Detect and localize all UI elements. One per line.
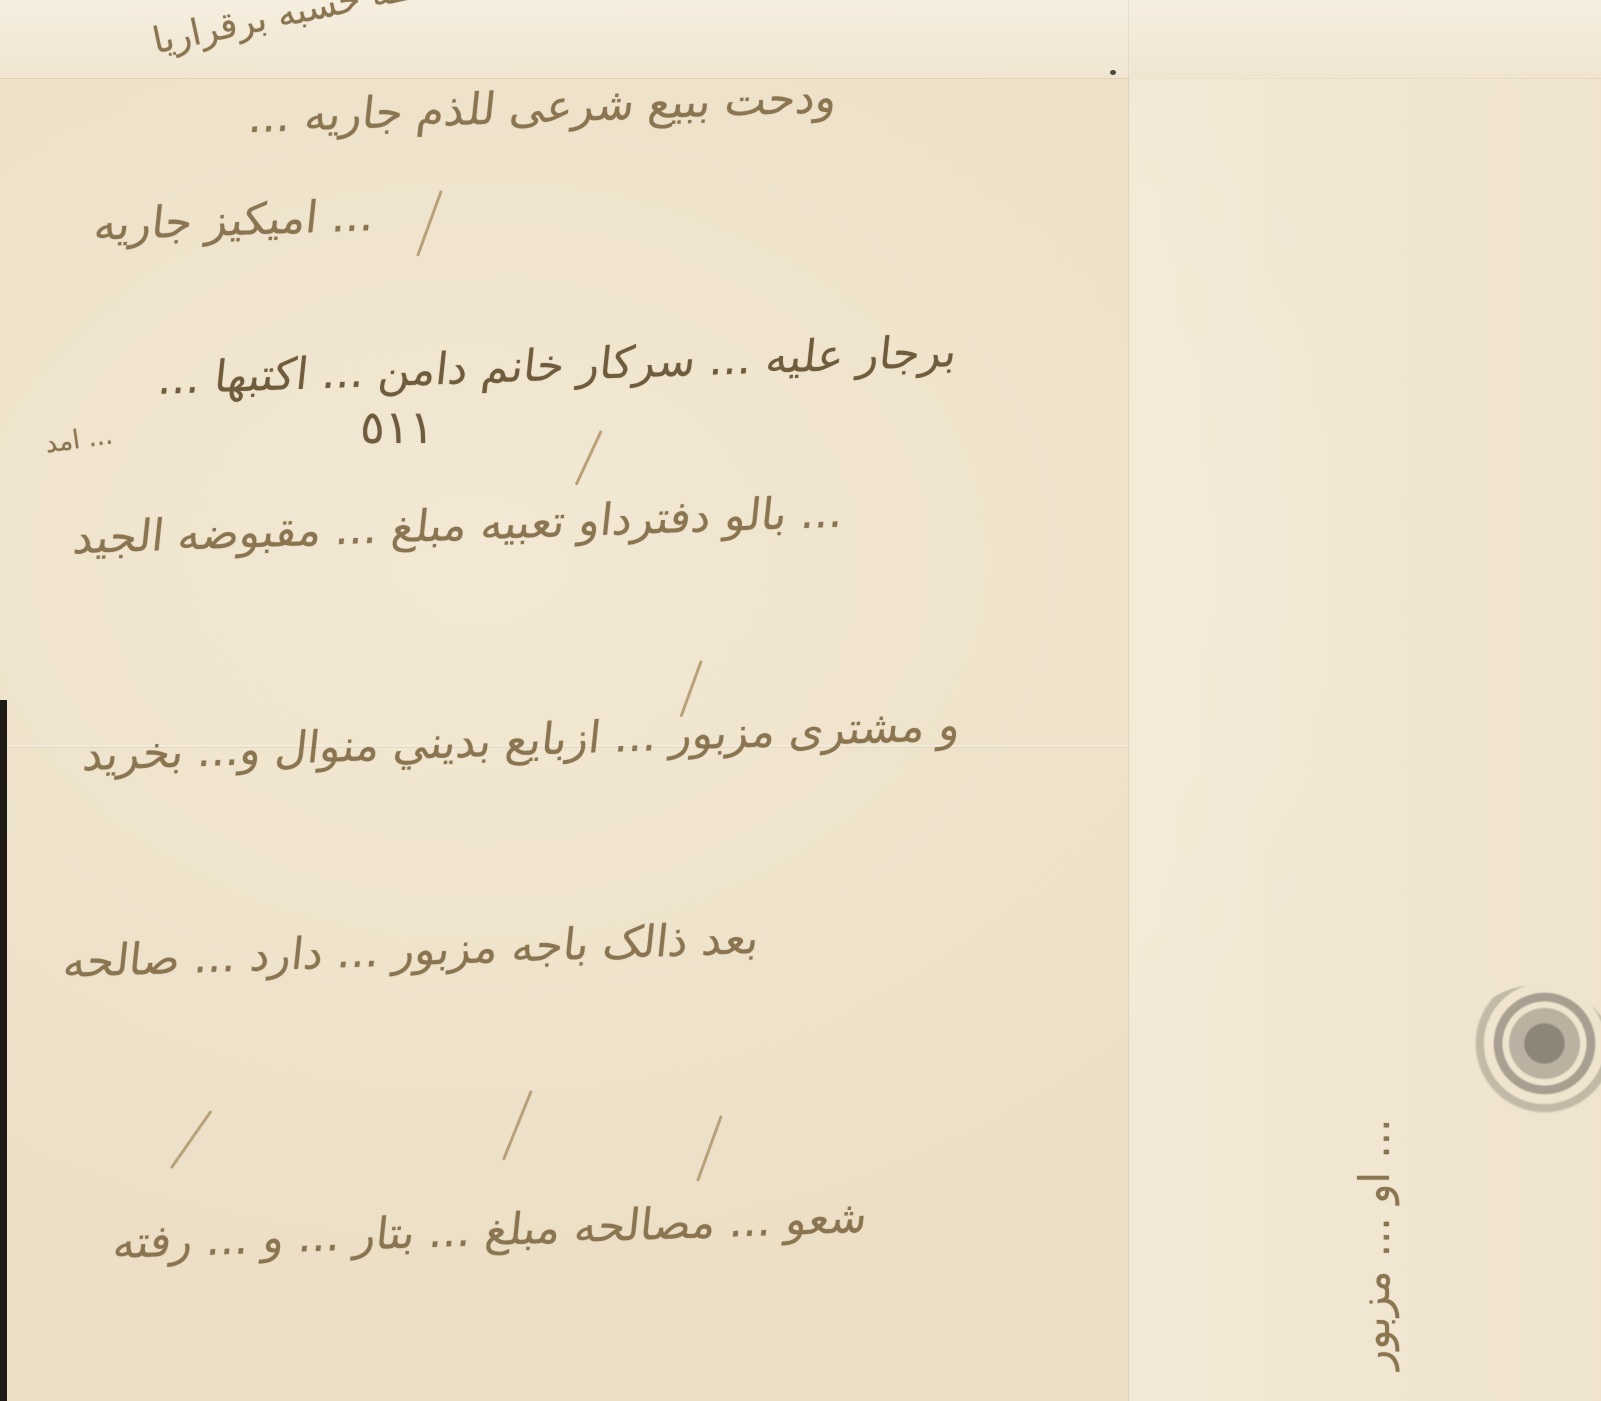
pin-hole: [1110, 70, 1116, 75]
left-dark-edge: [0, 700, 7, 1401]
seal-stamp: [1462, 985, 1601, 1115]
vertical-annotation: ... او ... مزبور: [1350, 1119, 1399, 1370]
manuscript-line-2: ... امیکیز جاریه: [92, 190, 377, 251]
margin-number: ٥١١: [360, 400, 434, 454]
vertical-fold-line: [1128, 0, 1130, 1401]
